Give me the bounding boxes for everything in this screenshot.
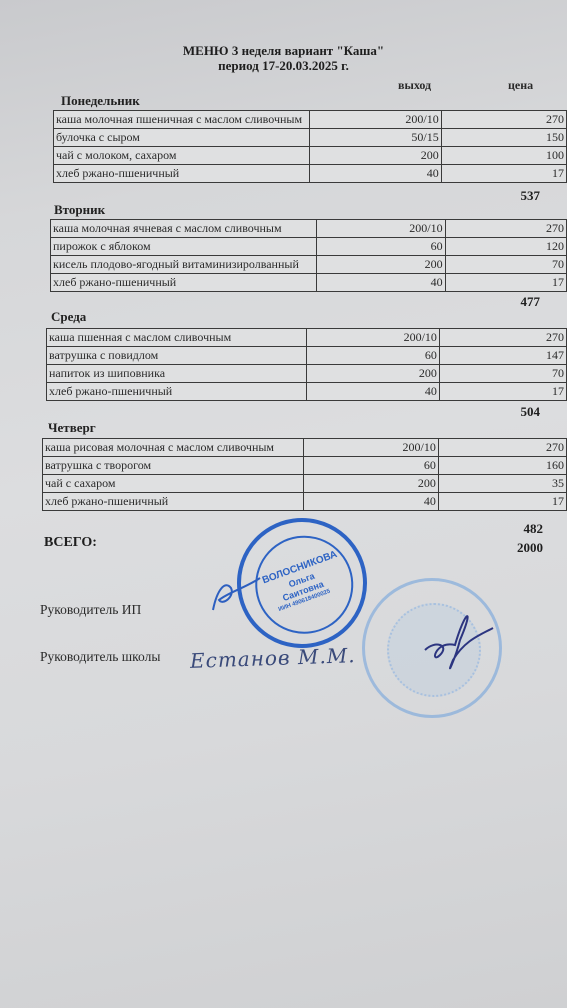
dish-yield: 40 <box>304 493 438 511</box>
dish-yield: 200 <box>310 147 442 165</box>
dish-name: каша молочная ячневая с маслом сливочным <box>51 220 317 238</box>
handwritten-signature-school: Естанов М.М. <box>190 643 356 673</box>
day-heading-thursday: Четверг <box>48 420 96 436</box>
table-row: хлеб ржано-пшеничный4017 <box>54 165 567 183</box>
table-row: ватрушка с творогом60160 <box>43 457 567 475</box>
dish-price: 17 <box>441 165 566 183</box>
table-row: хлеб ржано-пшеничный4017 <box>43 493 567 511</box>
dish-price: 150 <box>441 129 566 147</box>
table-row: каша молочная пшеничная с маслом сливочн… <box>54 111 567 129</box>
menu-table-monday: каша молочная пшеничная с маслом сливочн… <box>53 110 567 183</box>
menu-table-wednesday: каша пшенная с маслом сливочным200/10270… <box>46 328 567 401</box>
day-heading-tuesday: Вторник <box>54 202 105 218</box>
dish-price: 270 <box>439 329 566 347</box>
dish-yield: 200/10 <box>304 439 438 457</box>
dish-name: хлеб ржано-пшеничный <box>54 165 310 183</box>
dish-yield: 200/10 <box>310 111 442 129</box>
table-row: каша рисовая молочная с маслом сливочным… <box>43 439 567 457</box>
dish-yield: 200 <box>304 475 438 493</box>
dish-price: 17 <box>445 274 566 292</box>
dish-yield: 200/10 <box>306 329 439 347</box>
dish-yield: 60 <box>317 238 445 256</box>
subtotal-wednesday: 504 <box>440 404 540 420</box>
table-row: каша пшенная с маслом сливочным200/10270 <box>47 329 567 347</box>
table-row: чай с молоком, сахаром200100 <box>54 147 567 165</box>
dish-name: каша рисовая молочная с маслом сливочным <box>43 439 304 457</box>
dish-name: чай с сахаром <box>43 475 304 493</box>
table-row: напиток из шиповника20070 <box>47 365 567 383</box>
dish-yield: 40 <box>306 383 439 401</box>
dish-yield: 50/15 <box>310 129 442 147</box>
day-heading-wednesday: Среда <box>51 309 86 325</box>
dish-name: чай с молоком, сахаром <box>54 147 310 165</box>
menu-table-thursday: каша рисовая молочная с маслом сливочным… <box>42 438 567 511</box>
dish-price: 160 <box>438 457 566 475</box>
signature-label-school: Руководитель школы <box>40 649 160 665</box>
dish-name: ватрушка с творогом <box>43 457 304 475</box>
dish-yield: 40 <box>310 165 442 183</box>
dish-price: 270 <box>445 220 566 238</box>
dish-price: 35 <box>438 475 566 493</box>
dish-price: 100 <box>441 147 566 165</box>
dish-name: хлеб ржано-пшеничный <box>47 383 307 401</box>
table-row: хлеб ржано-пшеничный4017 <box>51 274 567 292</box>
signature-ip-icon <box>205 570 265 620</box>
subtotal-monday: 537 <box>440 188 540 204</box>
dish-name: хлеб ржано-пшеничный <box>43 493 304 511</box>
dish-price: 270 <box>441 111 566 129</box>
dish-price: 120 <box>445 238 566 256</box>
dish-yield: 200/10 <box>317 220 445 238</box>
signature-school-icon <box>405 600 495 690</box>
dish-price: 147 <box>439 347 566 365</box>
table-row: каша молочная ячневая с маслом сливочным… <box>51 220 567 238</box>
total-label: ВСЕГО: <box>44 535 97 551</box>
table-row: пирожок с яблоком60120 <box>51 238 567 256</box>
dish-price: 17 <box>438 493 566 511</box>
dish-price: 17 <box>439 383 566 401</box>
dish-name: каша молочная пшеничная с маслом сливочн… <box>54 111 310 129</box>
dish-name: кисель плодово-ягодный витаминизиролванн… <box>51 256 317 274</box>
dish-name: напиток из шиповника <box>47 365 307 383</box>
dish-yield: 200 <box>317 256 445 274</box>
dish-name: хлеб ржано-пшеничный <box>51 274 317 292</box>
total-value: 2000 <box>440 540 543 556</box>
table-row: кисель плодово-ягодный витаминизиролванн… <box>51 256 567 274</box>
dish-name: булочка с сыром <box>54 129 310 147</box>
dish-price: 70 <box>445 256 566 274</box>
table-row: ватрушка с повидлом60147 <box>47 347 567 365</box>
table-row: хлеб ржано-пшеничный4017 <box>47 383 567 401</box>
column-header-price: цена <box>508 78 533 93</box>
document-period: период 17-20.03.2025 г. <box>0 58 567 74</box>
dish-yield: 200 <box>306 365 439 383</box>
dish-yield: 40 <box>317 274 445 292</box>
menu-table-tuesday: каша молочная ячневая с маслом сливочным… <box>50 219 567 292</box>
dish-name: каша пшенная с маслом сливочным <box>47 329 307 347</box>
dish-price: 70 <box>439 365 566 383</box>
signature-label-ip: Руководитель ИП <box>40 602 141 618</box>
table-row: булочка с сыром50/15150 <box>54 129 567 147</box>
dish-price: 270 <box>438 439 566 457</box>
table-row: чай с сахаром20035 <box>43 475 567 493</box>
day-heading-monday: Понедельник <box>61 93 140 109</box>
dish-yield: 60 <box>304 457 438 475</box>
column-header-yield: выход <box>398 78 431 93</box>
subtotal-tuesday: 477 <box>440 294 540 310</box>
dish-name: пирожок с яблоком <box>51 238 317 256</box>
subtotal-thursday: 482 <box>443 521 543 537</box>
document-title: МЕНЮ 3 неделя вариант "Каша" <box>0 43 567 59</box>
dish-name: ватрушка с повидлом <box>47 347 307 365</box>
dish-yield: 60 <box>306 347 439 365</box>
